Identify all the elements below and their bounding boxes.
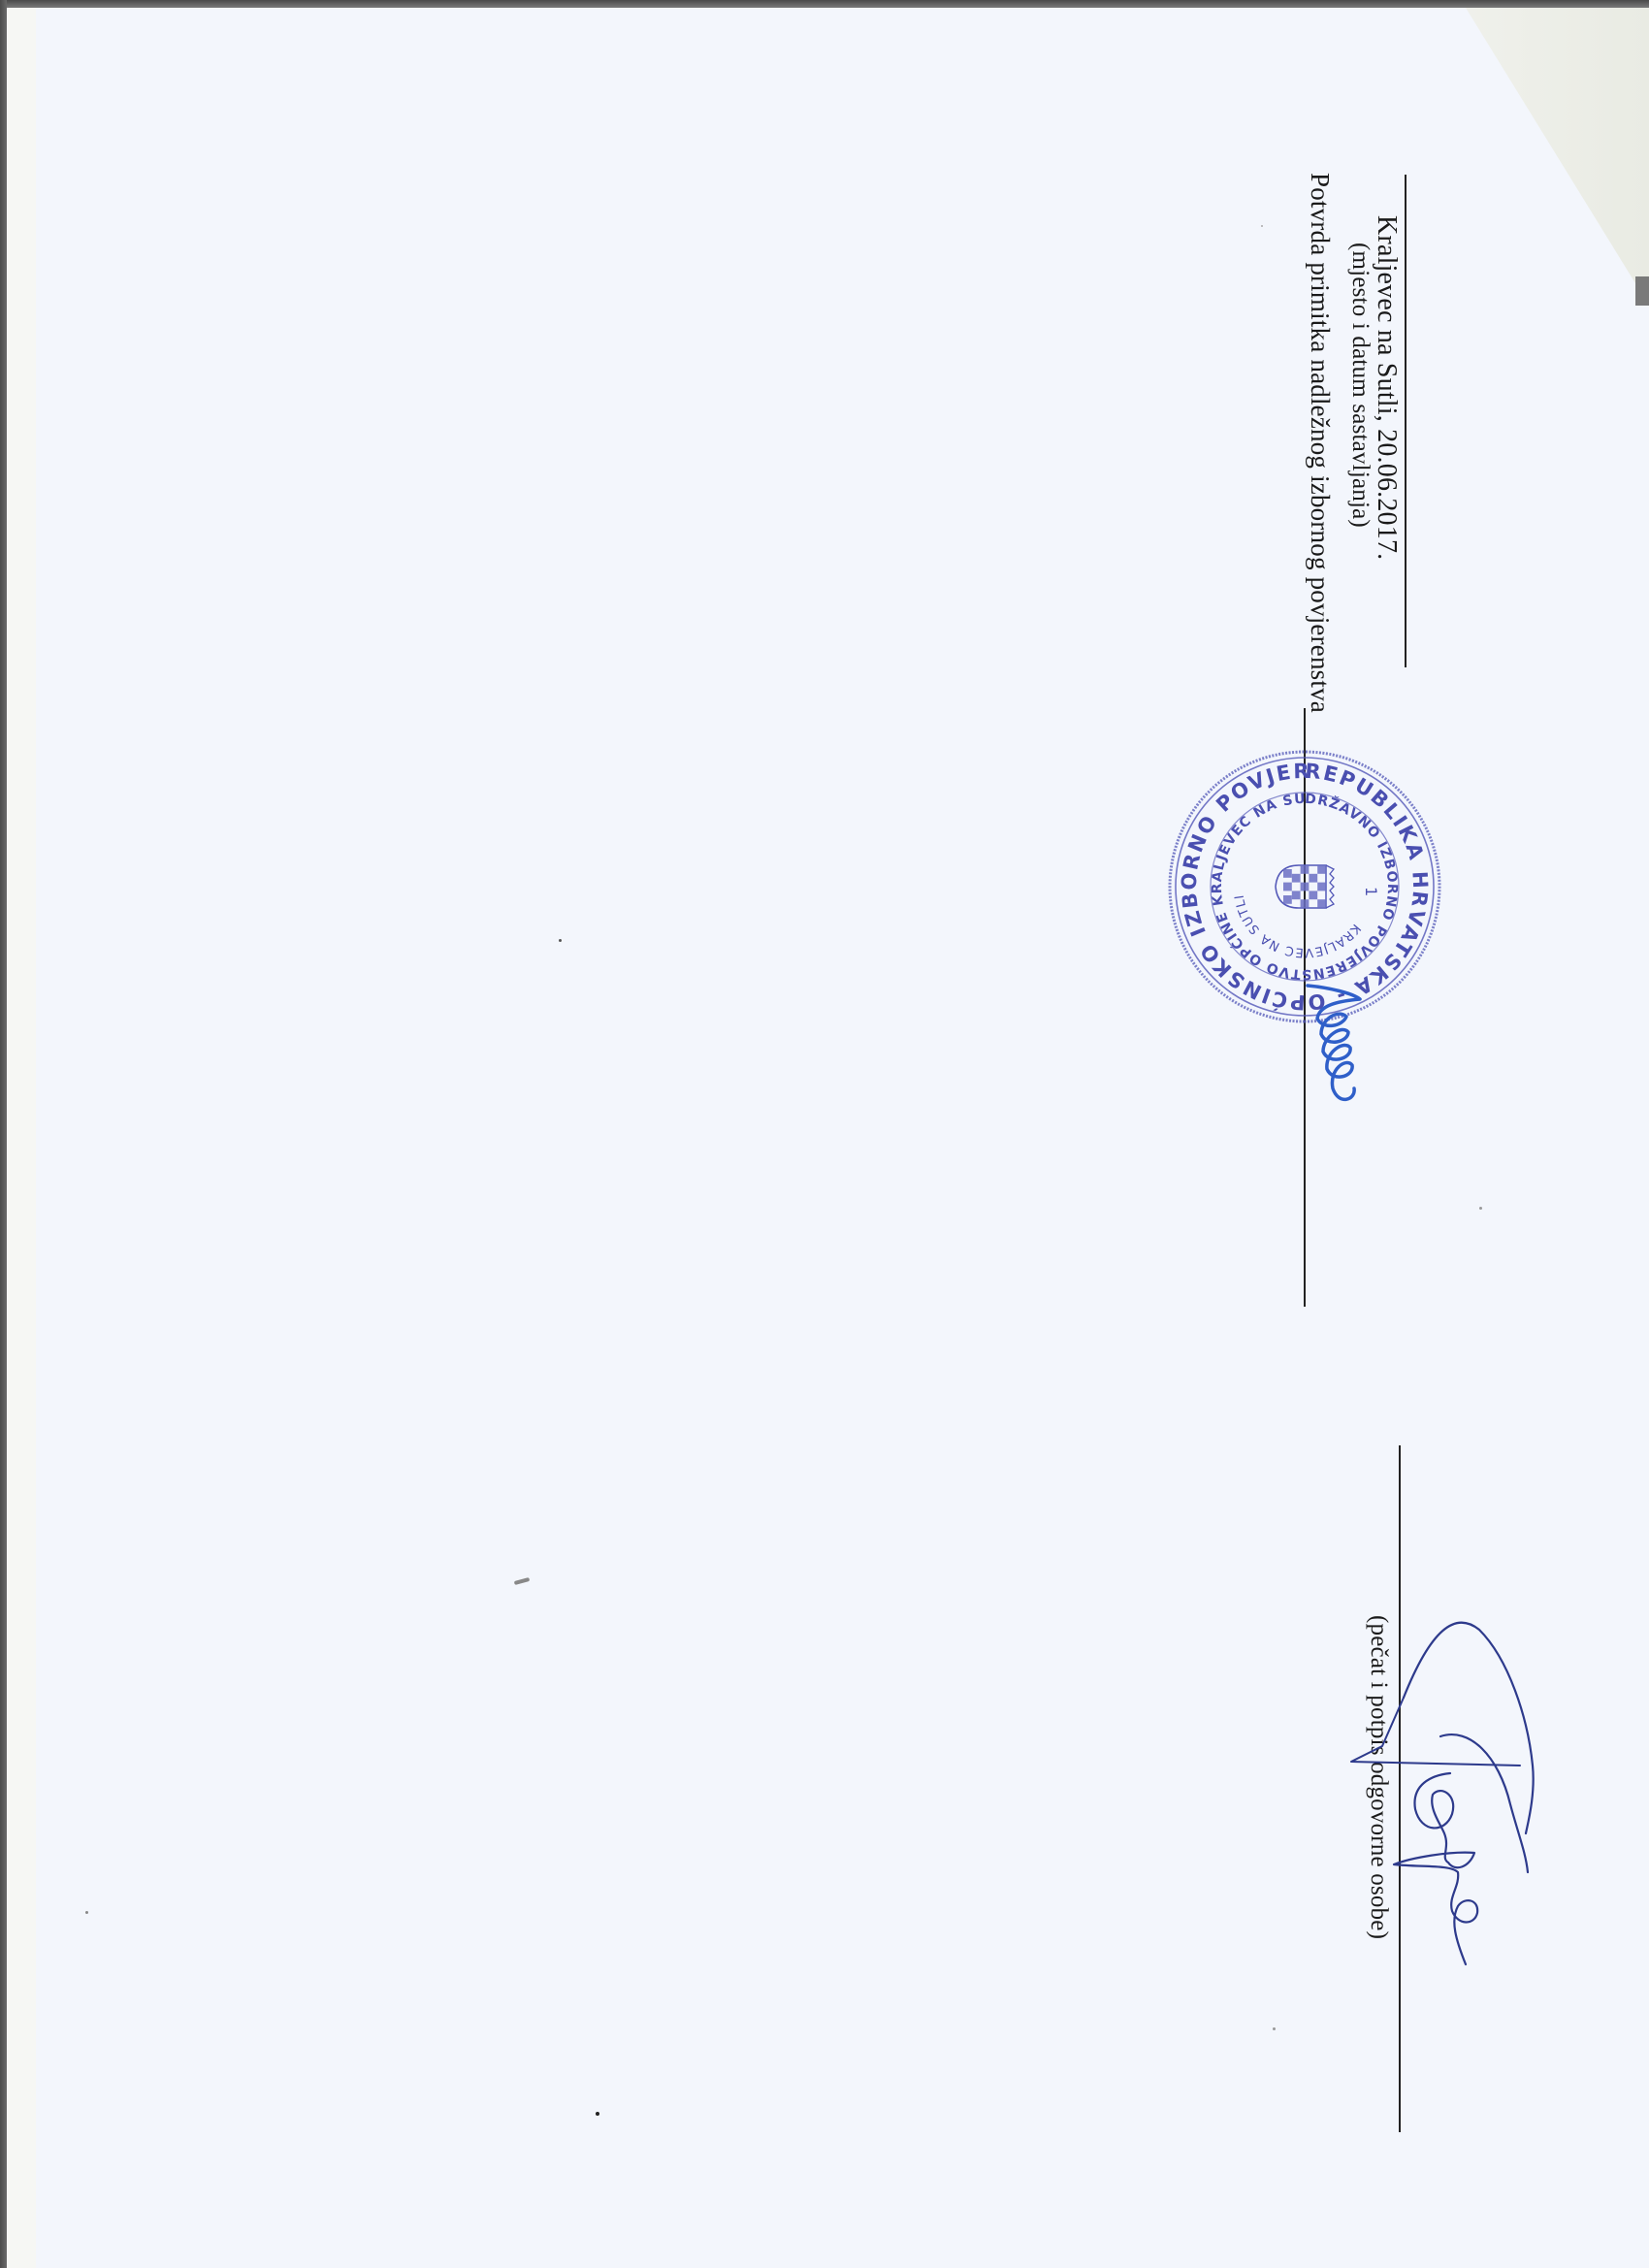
receipt-confirmation-label: Potvrda primitka nadležnog izbornog povj… [1305, 173, 1335, 713]
scan-speck [1479, 1207, 1482, 1210]
scan-speck [559, 939, 562, 942]
scanner-strip-left [7, 8, 36, 2268]
signature-responsible-person [1343, 1591, 1537, 1998]
folded-corner-shadow [1635, 276, 1649, 306]
scan-speck [85, 1911, 88, 1914]
coat-of-arms-icon [1276, 865, 1334, 908]
signature-receipt [1300, 980, 1368, 1125]
scanner-edge-top [0, 0, 1649, 8]
svg-text:1: 1 [1362, 887, 1380, 896]
place-date-caption: (mjesto i datum sastavljanja) [1346, 243, 1374, 528]
scanner-edge-left [0, 0, 7, 2268]
place-date-value: Kraljevec na Sutli, 20.06.2017. [1371, 215, 1402, 560]
scan-speck [596, 2112, 599, 2116]
scan-speck [1273, 2027, 1276, 2030]
scan-speck [1261, 225, 1263, 227]
place-date-line [1405, 175, 1406, 667]
